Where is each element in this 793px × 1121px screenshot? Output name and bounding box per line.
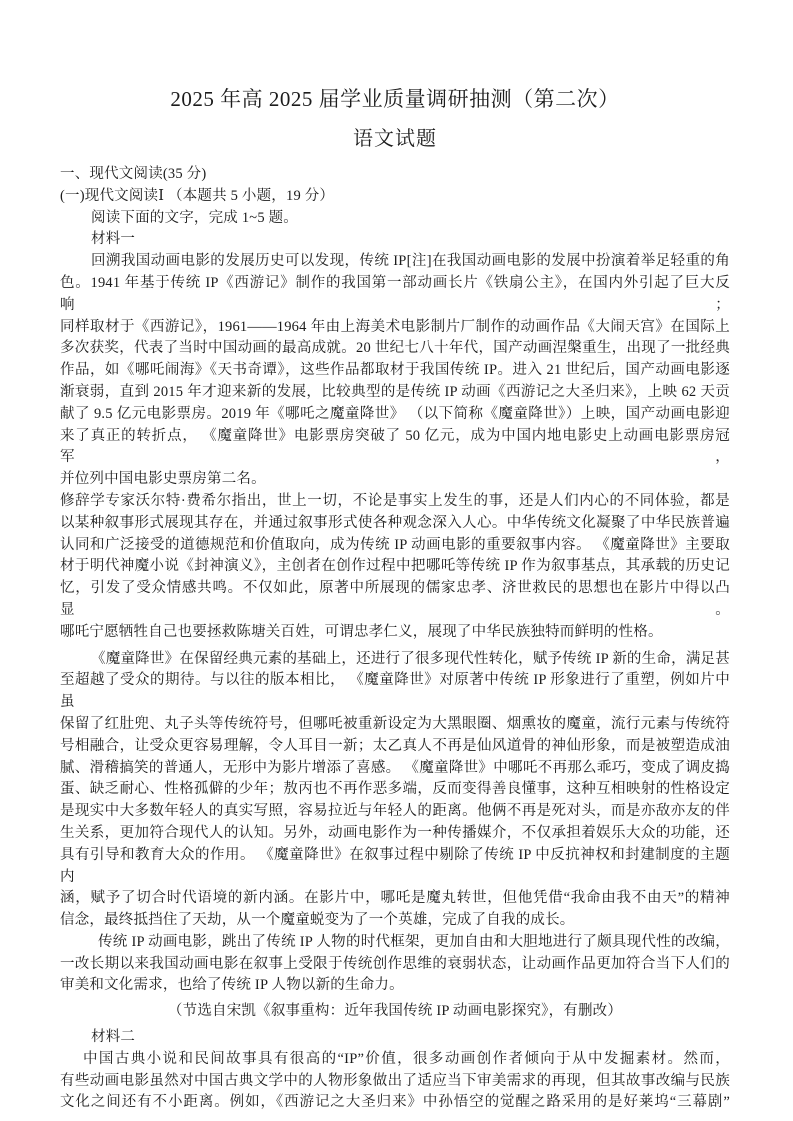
text-line: 渐衰弱，直到 2015 年才迎来新的发展，比较典型的是传统 IP 动画《西游记之… [60, 382, 730, 404]
text-line: 生关系，更加符合现代人的认知。另外，动画电影作为一种传播媒介，不仅承担着娱乐大众… [60, 823, 730, 845]
text-line: 一改长期以来我国动画电影在叙事上受限于传统创作思维的衰弱状态，让动画作品更加符合… [60, 954, 730, 976]
text-line: 阅读下面的文字，完成 1~5 题。 [60, 208, 730, 230]
text-line: 多次获奖，代表了当时中国动画的最高成就。20 世纪七八十年代，国产动画涅槃重生，… [60, 338, 730, 360]
text-line: 蛋、缺乏耐心、性格孤僻的少年；敖丙也不再作恶多端，反而变得善良懂事，这种互相映射… [60, 779, 730, 801]
text-line: 号相融合，让受众更容易理解，令人耳目一新；太乙真人不再是仙风道骨的神仙形象，而是… [60, 736, 730, 758]
text-line: 涵，赋予了切合时代语境的新内涵。在影片中，哪吒是魔丸转世，但他凭借“我命由我不由… [60, 888, 730, 910]
text-line: 具有引导和教育大众的作用。 《魔童降世》在叙事过程中剔除了传统 IP 中反抗神权… [60, 845, 730, 889]
text-line: 来了真正的转折点， 《魔童降世》电影票房突破了 50 亿元，成为中国内地电影史上… [60, 426, 730, 470]
text-line: 材料一 [60, 229, 730, 251]
text-line: 是现实中大多数年轻人的真实写照，容易拉近与年轻人的距离。他俩不再是死对头，而是亦… [60, 801, 730, 823]
text-line: 献了 9.5 亿元电影票房。2019 年《哪吒之魔童降世》 （以下简称《魔童降世… [60, 404, 730, 426]
text-line: 有些动画电影虽然对中国古典文学中的人物形象做出了适应当下审美需求的再现，但其故事… [60, 1071, 730, 1093]
text-line: 《魔童降世》在保留经典元素的基础上，还进行了很多现代性转化，赋予传统 IP 新的… [60, 649, 730, 671]
document-body: 一、现代文阅读(35 分)(一)现代文阅读Ⅰ （本题共 5 小题，19 分）阅读… [60, 164, 730, 1114]
text-line: 回溯我国动画电影的发展历史可以发现，传统 IP[注]在我国动画电影的发展中扮演着… [60, 251, 730, 273]
text-line: 中国古典小说和民间故事具有很高的“IP”价值，很多动画创作者倾向于从中发掘素材。… [60, 1049, 730, 1071]
text-line: 腻、滑稽搞笑的普通人，无形中为影片增添了喜感。 《魔童降世》中哪吒不再那么乖巧，… [60, 758, 730, 780]
text-line: 材于明代神魔小说《封神演义》，主创者在创作过程中把哪吒等传统 IP 作为叙事基点… [60, 556, 730, 578]
document-page: 2025 年高 2025 届学业质量调研抽测（第二次） 语文试题 一、现代文阅读… [0, 0, 793, 1121]
text-line: 并位列中国电影史票房第二名。 [60, 469, 730, 491]
text-line: 审美和文化需求，也给了传统 IP 人物以新的生命力。 [60, 975, 730, 997]
text-line: 至超越了受众的期待。与以往的版本相比， 《魔童降世》对原著中传统 IP 形象进行… [60, 670, 730, 714]
text-line: 文化之间还有不小距离。例如，《西游记之大圣归来》中孙悟空的觉醒之路采用的是好莱坞… [60, 1092, 730, 1114]
text-line: 材料二 [60, 1027, 730, 1049]
text-line: 一、现代文阅读(35 分) [60, 164, 730, 186]
text-line: 传统 IP 动画电影，跳出了传统 IP 人物的时代框架，更加自由和大胆地进行了颇… [60, 932, 730, 954]
text-line: 同样取材于《西游记》，1961——1964 年由上海美术电影制片厂制作的动画作品… [60, 317, 730, 339]
text-line: 以某种叙事形式展现其存在，并通过叙事形式使各种观念深入人心。中华传统文化凝聚了中… [60, 513, 730, 535]
text-line: 保留了红肚兜、丸子头等传统符号，但哪吒被重新设定为大黑眼圈、烟熏妆的魔童，流行元… [60, 714, 730, 736]
text-line: 修辞学专家沃尔特·费希尔指出，世上一切，不论是事实上发生的事，还是人们内心的不同… [60, 491, 730, 513]
text-line: (一)现代文阅读Ⅰ （本题共 5 小题，19 分） [60, 186, 730, 208]
text-line: 哪吒宁愿牺牲自己也要拯救陈塘关百姓，可谓忠孝仁义，展现了中华民族独特而鲜明的性格… [60, 622, 730, 644]
text-line: 作品，如《哪吒闹海》《天书奇谭》，这些作品都取材于我国传统 IP。进入 21 世… [60, 360, 730, 382]
text-line: 认同和广泛接受的道德规范和价值取向，成为传统 IP 动画电影的重要叙事内容。 《… [60, 535, 730, 557]
text-line: 忆，引发了受众情感共鸣。不仅如此，原著中所展现的儒家忠孝、济世救民的思想也在影片… [60, 578, 730, 622]
document-title: 2025 年高 2025 届学业质量调研抽测（第二次） [60, 86, 730, 112]
document-subtitle: 语文试题 [60, 126, 730, 152]
text-line: （节选自宋凯《叙事重构：近年我国传统 IP 动画电影探究》，有删改） [60, 1001, 730, 1023]
text-line: 色。1941 年基于传统 IP《西游记》制作的我国第一部动画长片《铁扇公主》，在… [60, 273, 730, 317]
text-line: 信念，最终抵挡住了天劫，从一个魔童蜕变为了一个英雄，完成了自我的成长。 [60, 910, 730, 932]
